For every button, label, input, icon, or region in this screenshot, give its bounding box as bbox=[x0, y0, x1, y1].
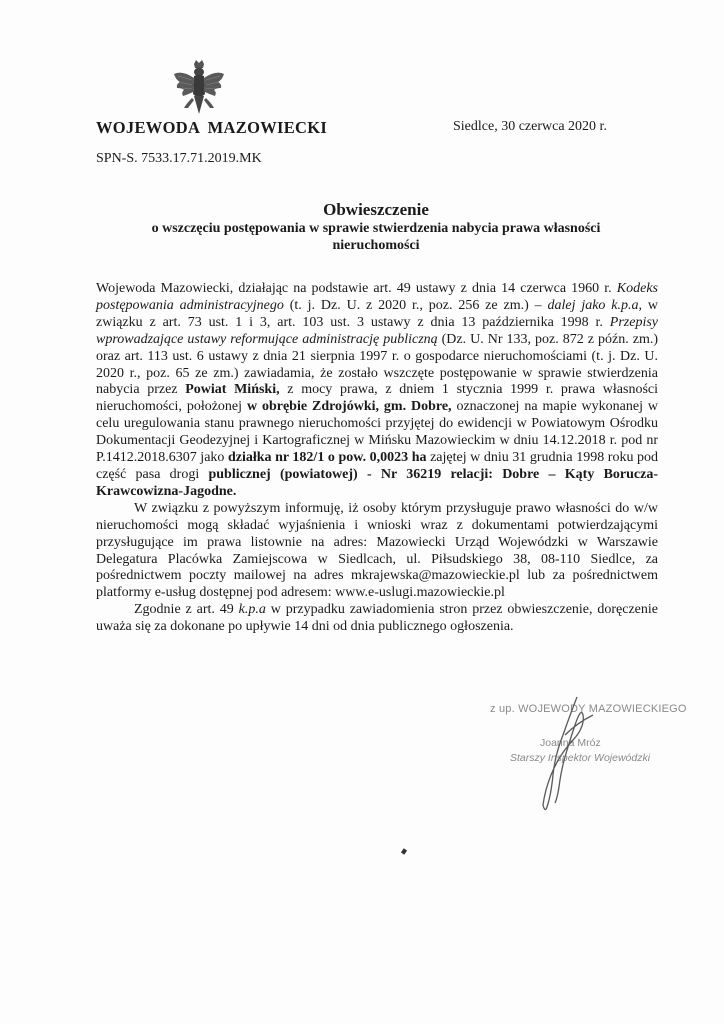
paragraph-submission-info: W związku z powyższym informuję, iż osob… bbox=[96, 501, 658, 602]
document-title: Obwieszczenie bbox=[96, 200, 656, 220]
title-block: Obwieszczenie o wszczęciu postępowania w… bbox=[96, 200, 656, 254]
text-run-bold: w obrębie Zdrojówki, gm. Dobre, bbox=[247, 399, 452, 414]
text-run-italic: dalej jako k.p.a, bbox=[547, 298, 642, 313]
text-run-bold: Powiat Miński, bbox=[185, 382, 279, 397]
text-run: Zgodnie z art. 49 bbox=[134, 602, 239, 617]
document-body: Wojewoda Mazowiecki, działając na podsta… bbox=[96, 281, 658, 636]
handwritten-signature-icon bbox=[515, 695, 605, 815]
place-date: Siedlce, 30 czerwca 2020 r. bbox=[453, 119, 607, 135]
document-subtitle-line1: o wszczęciu postępowania w sprawie stwie… bbox=[96, 220, 656, 237]
stray-mark bbox=[401, 848, 407, 854]
paragraph-delivery-notice: Zgodnie z art. 49 k.p.a w przypadku zawi… bbox=[96, 602, 658, 636]
polish-eagle-emblem-icon bbox=[170, 58, 228, 120]
paragraph-legal-basis: Wojewoda Mazowiecki, działając na podsta… bbox=[96, 281, 658, 501]
text-run: (t. j. Dz. U. z 2020 r., poz. 256 ze zm.… bbox=[284, 298, 548, 313]
text-run: Wojewoda Mazowiecki, działając na podsta… bbox=[96, 281, 617, 296]
issuer-name: WOJEWODA MAZOWIECKI bbox=[96, 118, 327, 138]
reference-number: SPN-S. 7533.17.71.2019.MK bbox=[96, 151, 262, 167]
text-run-bold: działka nr 182/1 o pow. 0,0023 ha bbox=[228, 450, 427, 465]
document-subtitle-line2: nieruchomości bbox=[96, 237, 656, 254]
signature-stamp: z up. WOJEWODY MAZOWIECKIEGO Joanna Mróz… bbox=[470, 695, 690, 815]
text-run-italic: k.p.a bbox=[239, 602, 266, 617]
document-page: WOJEWODA MAZOWIECKI Siedlce, 30 czerwca … bbox=[0, 0, 724, 1024]
